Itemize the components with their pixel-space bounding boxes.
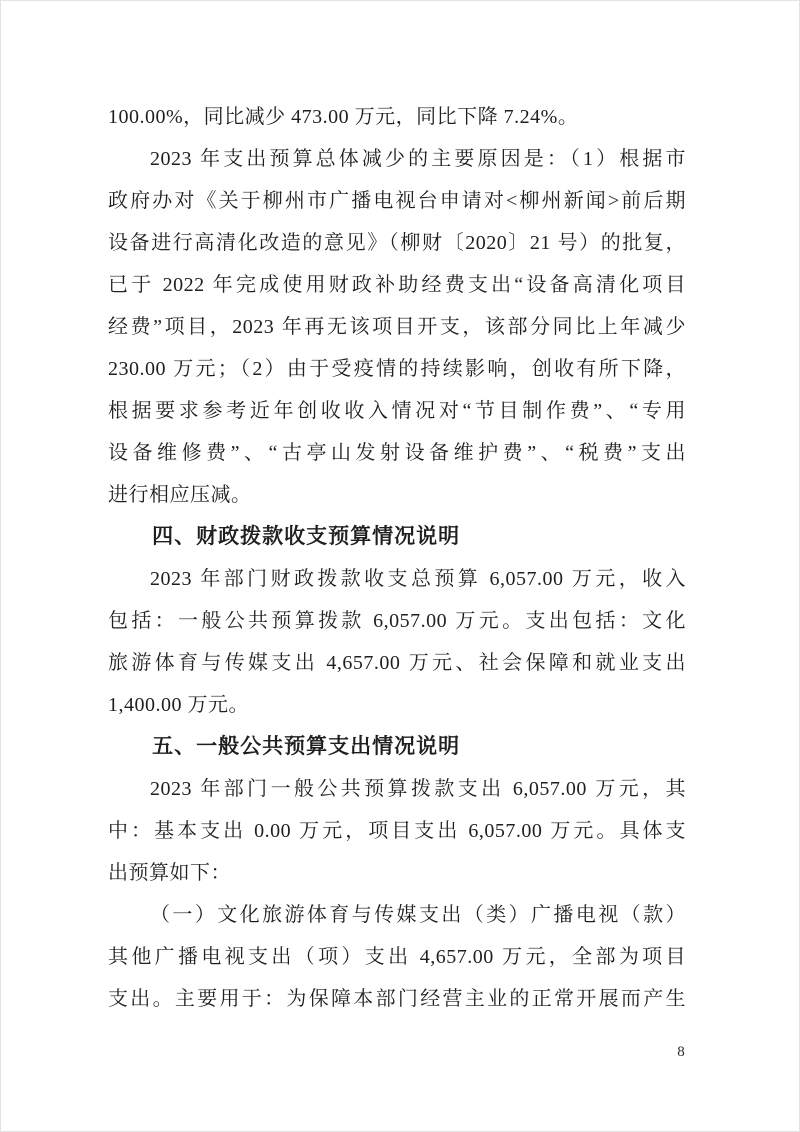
paragraph-line: 100.00%，同比减少 473.00 万元，同比下降 7.24%。 (108, 96, 686, 138)
paragraph-line: 2023 年支出预算总体减少的主要原因是：（1）根据市 (108, 138, 686, 180)
paragraph-line: 旅游体育与传媒支出 4,657.00 万元、社会保障和就业支出 (108, 642, 686, 684)
section-heading-4: 四、财政拨款收支预算情况说明 (108, 516, 686, 558)
paragraph-line: 政府办对《关于柳州市广播电视台申请对<柳州新闻>前后期 (108, 180, 686, 222)
paragraph-line: 其他广播电视支出（项）支出 4,657.00 万元，全部为项目 (108, 936, 686, 978)
paragraph-line: 进行相应压减。 (108, 474, 686, 516)
paragraph-line: （一）文化旅游体育与传媒支出（类）广播电视（款） (108, 894, 686, 936)
paragraph-line: 2023 年部门一般公共预算拨款支出 6,057.00 万元，其 (108, 768, 686, 810)
paragraph-line: 经费”项目，2023 年再无该项目开支，该部分同比上年减少 (108, 306, 686, 348)
paragraph-line: 中：基本支出 0.00 万元，项目支出 6,057.00 万元。具体支 (108, 810, 686, 852)
paragraph-line: 1,400.00 万元。 (108, 684, 686, 726)
paragraph-line: 出预算如下： (108, 852, 686, 894)
document-page: 100.00%，同比减少 473.00 万元，同比下降 7.24%。 2023 … (0, 0, 800, 1132)
paragraph-line: 设备进行高清化改造的意见》（柳财〔2020〕21 号）的批复， (108, 222, 686, 264)
document-body: 100.00%，同比减少 473.00 万元，同比下降 7.24%。 2023 … (108, 96, 686, 1020)
paragraph-line: 包括：一般公共预算拨款 6,057.00 万元。支出包括：文化 (108, 600, 686, 642)
paragraph-line: 230.00 万元；（2）由于受疫情的持续影响，创收有所下降， (108, 348, 686, 390)
paragraph-line: 2023 年部门财政拨款收支总预算 6,057.00 万元，收入 (108, 558, 686, 600)
paragraph-line: 支出。主要用于：为保障本部门经营主业的正常开展而产生 (108, 978, 686, 1020)
section-heading-5: 五、一般公共预算支出情况说明 (108, 726, 686, 768)
paragraph-line: 已于 2022 年完成使用财政补助经费支出“设备高清化项目 (108, 264, 686, 306)
paragraph-line: 根据要求参考近年创收收入情况对“节目制作费”、“专用 (108, 390, 686, 432)
paragraph-line: 设备维修费”、“古亭山发射设备维护费”、“税费”支出 (108, 432, 686, 474)
page-number: 8 (671, 1041, 691, 1063)
